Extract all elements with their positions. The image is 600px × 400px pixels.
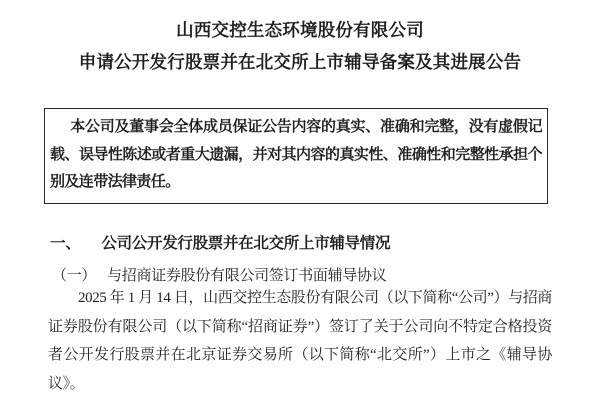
subsection-1-1-heading: （一）与招商证券股份有限公司签订书面辅导协议 <box>52 264 386 285</box>
body-paragraph: 2025 年 1 月 14 日，山西交控生态股份有限公司（以下简称“公司”）与招… <box>48 284 552 398</box>
subsection-1-1-number: （一） <box>52 268 96 284</box>
subsection-1-1-title: 与招商证券股份有限公司签订书面辅导协议 <box>107 268 386 284</box>
section-1-title: 公司公开发行股票并在北交所上市辅导情况 <box>101 235 390 252</box>
disclaimer-text: 本公司及董事会全体成员保证公告内容的真实、准确和完整，没有虚假记载、误导性陈述或… <box>50 119 542 190</box>
section-1-number: 一、 <box>50 235 80 252</box>
announcement-document: 山西交控生态环境股份有限公司 申请公开发行股票并在北交所上市辅导备案及其进展公告… <box>0 0 600 400</box>
document-title-company: 山西交控生态环境股份有限公司 <box>0 18 600 42</box>
disclaimer-box: 本公司及董事会全体成员保证公告内容的真实、准确和完整，没有虚假记载、误导性陈述或… <box>44 108 548 204</box>
section-1-heading: 一、公司公开发行股票并在北交所上市辅导情况 <box>50 231 390 253</box>
document-title-announcement: 申请公开发行股票并在北交所上市辅导备案及其进展公告 <box>0 50 600 74</box>
